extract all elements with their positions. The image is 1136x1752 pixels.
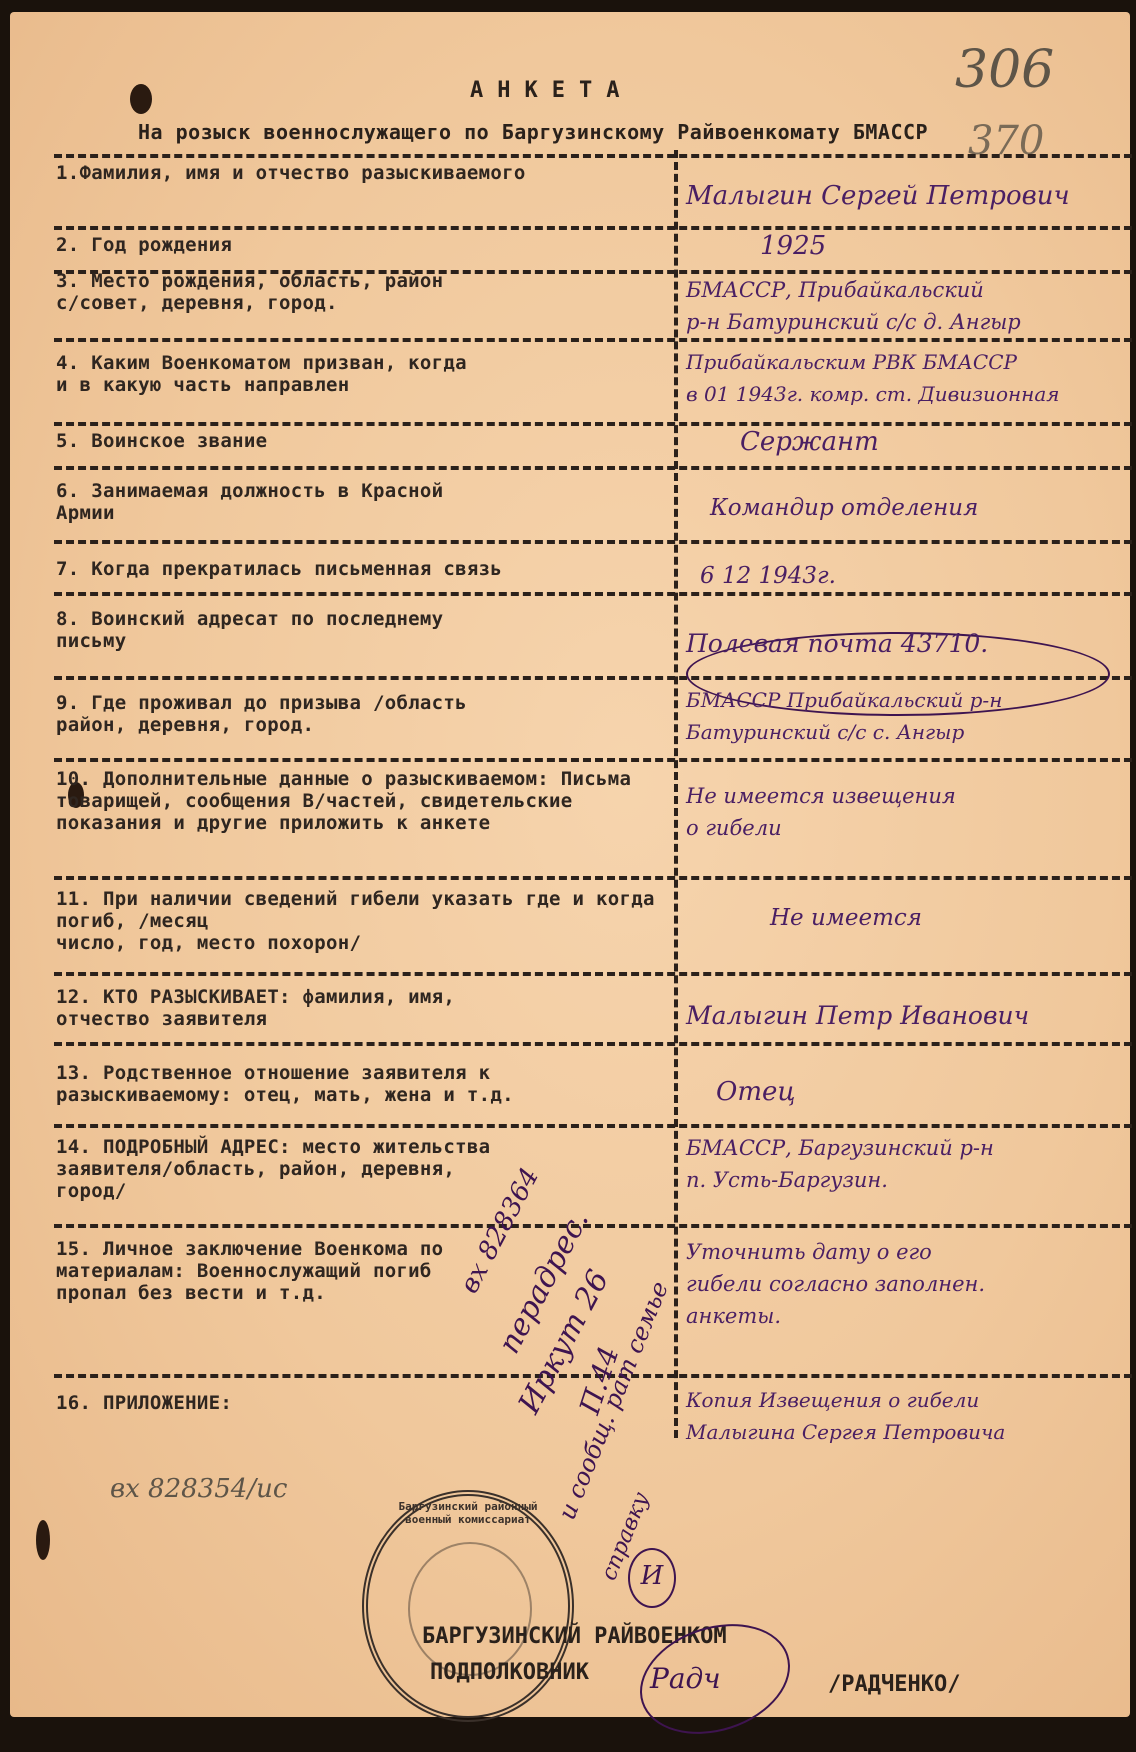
row-divider	[54, 1042, 1136, 1046]
row-divider	[54, 338, 1136, 342]
row-divider	[54, 540, 1136, 544]
stamp-text: Баргузинский районный военный комиссариа…	[376, 1500, 560, 1526]
punch-hole	[36, 1520, 50, 1560]
handwritten-signature: Радч	[650, 1662, 721, 1695]
question-8: 8. Воинский адресат по последнему письму	[56, 608, 666, 652]
question-3: 3. Место рождения, область, район с/сове…	[56, 270, 666, 314]
answer-conscription: Прибайкальским РВК БМАССР в 01 1943г. ко…	[686, 346, 1136, 410]
row-divider	[54, 592, 1136, 596]
document-page: 306 370 АНКЕТА На розыск военнослужащего…	[10, 12, 1130, 1717]
signatory-rank: ПОДПОЛКОВНИК	[430, 1660, 589, 1685]
answer-death-info: Не имеется	[770, 902, 1136, 934]
answer-position: Командир отделения	[710, 492, 1136, 524]
question-10: 10. Дополнительные данные о разыскиваемо…	[56, 768, 656, 834]
question-6: 6. Занимаемая должность в Красной Армии	[56, 480, 666, 524]
answer-attachment: Копия Извещения о гибели Малыгина Сергея…	[686, 1384, 1136, 1448]
question-5: 5. Воинское звание	[56, 430, 666, 452]
row-divider	[54, 972, 1136, 976]
row-divider	[54, 1124, 1136, 1128]
question-7: 7. Когда прекратилась письменная связь	[56, 558, 666, 580]
answer-conclusion: Уточнить дату о его гибели согласно запо…	[686, 1236, 1136, 1332]
question-12: 12. КТО РАЗЫСКИВАЕТ: фамилия, имя, отчес…	[56, 986, 666, 1030]
question-13: 13. Родственное отношение заявителя к ра…	[56, 1062, 666, 1106]
answer-applicant-address: БМАССР, Баргузинский р-н п. Усть-Баргузи…	[686, 1132, 1136, 1196]
signatory-name: /РАДЧЕНКО/	[828, 1672, 960, 1697]
incoming-number: вх 828354/ис	[110, 1474, 287, 1504]
punch-hole	[130, 84, 152, 114]
answer-rank: Сержант	[740, 426, 1136, 458]
question-9: 9. Где проживал до призыва /область райо…	[56, 692, 666, 736]
answer-field-post: Полевая почта 43710.	[686, 628, 1136, 660]
question-11: 11. При наличии сведений гибели указать …	[56, 888, 666, 954]
answer-additional-data: Не имеется извещения о гибели	[686, 780, 1136, 844]
answer-last-contact: 6 12 1943г.	[700, 560, 1136, 592]
answer-relation: Отец	[716, 1076, 1136, 1108]
document-title: АНКЕТА	[470, 78, 633, 103]
row-divider	[54, 466, 1136, 470]
row-divider	[54, 876, 1136, 880]
question-2: 2. Год рождения	[56, 234, 666, 256]
row-divider	[54, 758, 1136, 762]
stamp-emblem	[408, 1542, 532, 1676]
answer-full-name: Малыгин Сергей Петрович	[686, 180, 1136, 212]
answer-birth-place: БМАССР, Прибайкальский р-н Батуринский с…	[686, 274, 1136, 338]
row-divider	[54, 154, 1136, 158]
answer-applicant-name: Малыгин Петр Иванович	[686, 1000, 1136, 1032]
answer-birth-year: 1925	[760, 230, 1136, 262]
document-subtitle: На розыск военнослужащего по Баргузинско…	[138, 120, 928, 144]
initial-mark: И	[628, 1548, 676, 1608]
column-divider	[674, 150, 678, 1438]
question-4: 4. Каким Военкоматом призван, когда и в …	[56, 352, 666, 396]
answer-residence: БМАССР Прибайкальский р-н Батуринский с/…	[686, 684, 1136, 748]
archive-number: 306	[955, 40, 1054, 100]
question-1: 1.Фамилия, имя и отчество разыскиваемого	[56, 162, 666, 184]
question-14: 14. ПОДРОБНЫЙ АДРЕС: место жительства за…	[56, 1136, 666, 1202]
